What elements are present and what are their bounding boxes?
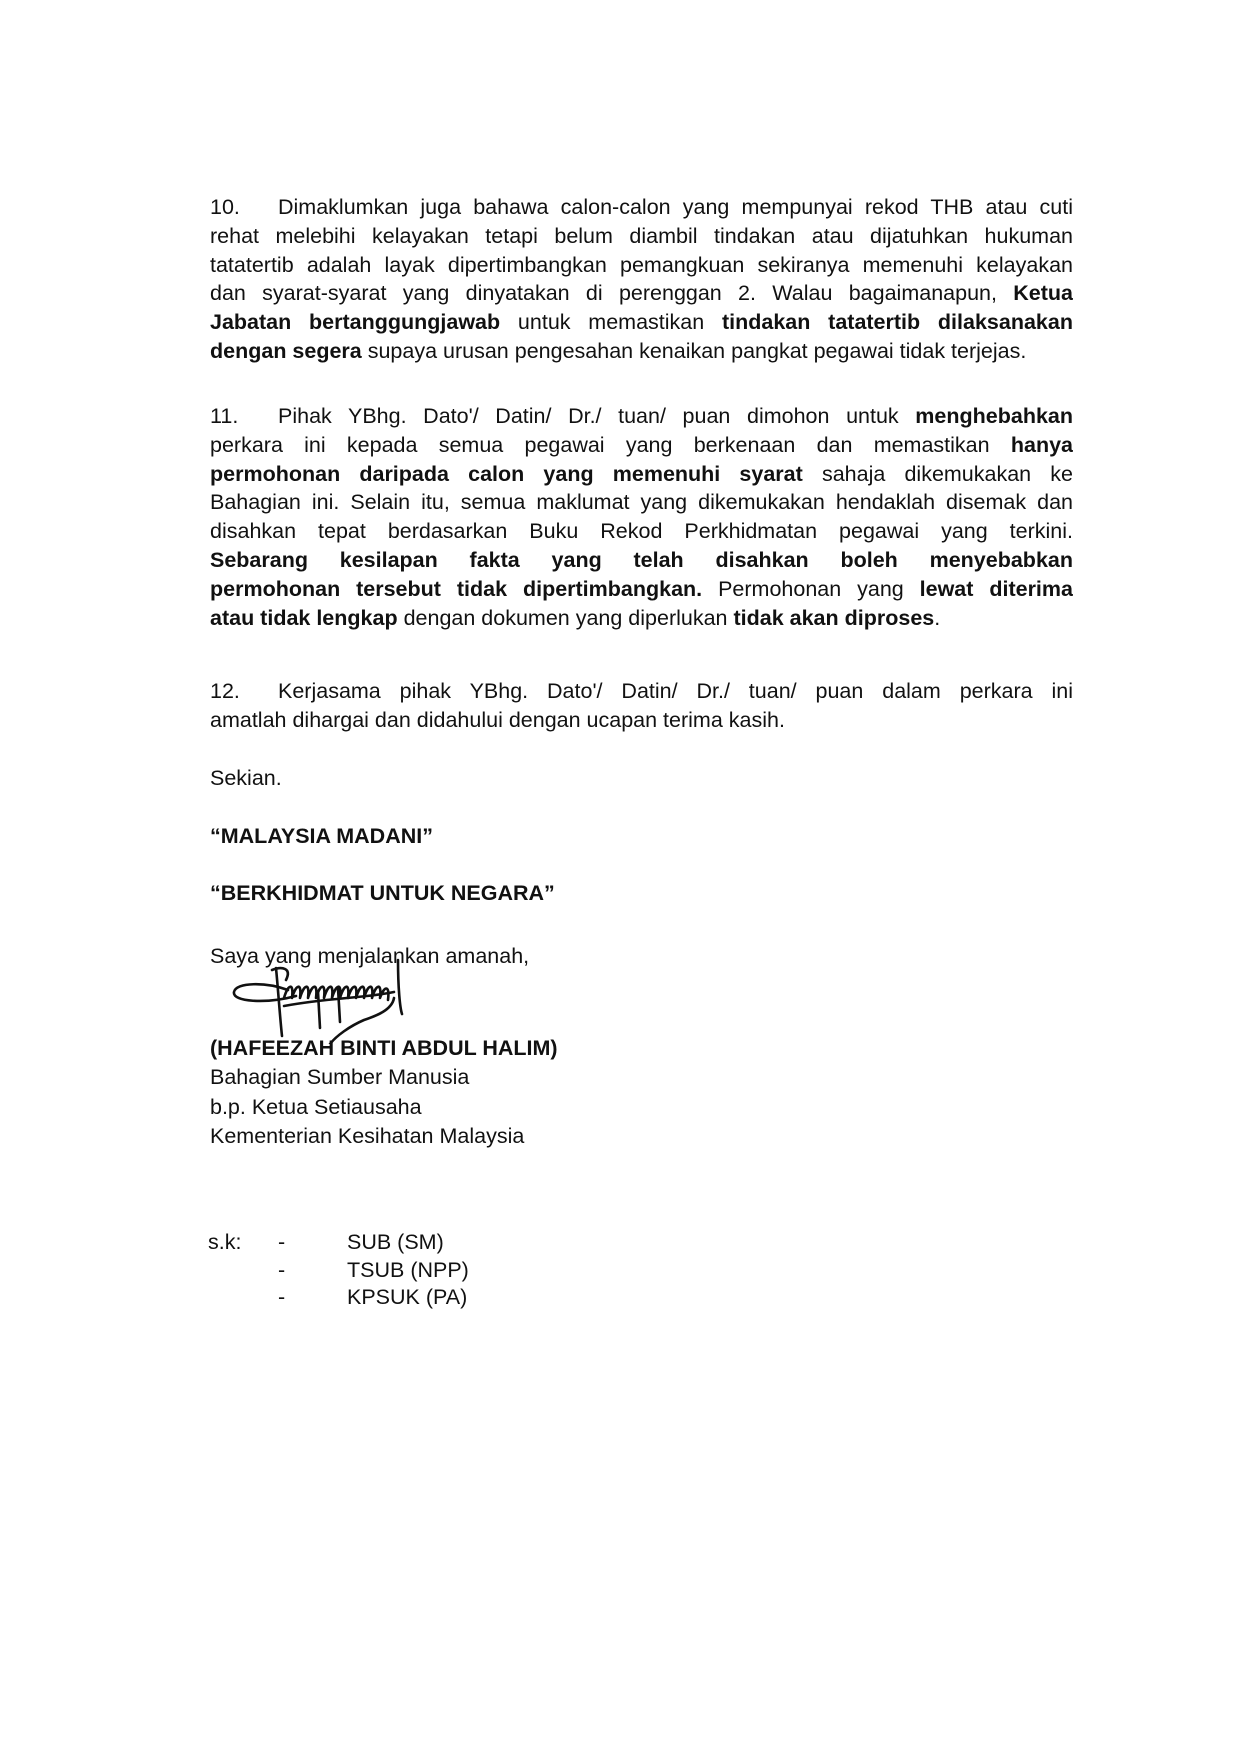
text: untuk memastikan [500, 310, 722, 334]
text: perkara ini kepada semua pegawai yang be… [210, 433, 1011, 457]
paragraph-line: disahkan tepat berdasarkan Buku Rekod Pe… [210, 517, 1073, 546]
paragraph-line: rehat melebihi kelayakan tetapi belum di… [210, 222, 1073, 251]
text: . [934, 606, 940, 630]
paragraph-line: dengan segera supaya urusan pengesahan k… [210, 337, 1073, 366]
paragraph-line: tatatertib adalah layak dipertimbangkan … [210, 251, 1073, 280]
text: Permohonan yang [702, 577, 920, 601]
cc-label: s.k: [208, 1229, 278, 1257]
cc-item: - TSUB (NPP) [208, 1257, 469, 1285]
signatory-on-behalf: b.p. Ketua Setiausaha [210, 1093, 558, 1122]
cc-item: - KPSUK (PA) [208, 1284, 469, 1312]
paragraph-line: permohonan daripada calon yang memenuhi … [210, 460, 1073, 489]
cc-bullet: - [278, 1284, 347, 1312]
paragraph-number: 10. [210, 193, 278, 222]
paragraph-line: permohonan tersebut tidak dipertimbangka… [210, 575, 1073, 604]
text: dengan dokumen yang diperlukan [398, 606, 734, 630]
signatory-ministry: Kementerian Kesihatan Malaysia [210, 1122, 558, 1151]
signatory-name: (HAFEEZAH BINTI ABDUL HALIM) [210, 1034, 558, 1063]
cc-list: s.k: - SUB (SM) - TSUB (NPP) - KPSUK (PA… [208, 1229, 469, 1312]
paragraph-10: 10.Dimaklumkan juga bahawa calon-calon y… [210, 193, 1073, 366]
paragraph-11: 11.Pihak YBhg. Dato'/ Datin/ Dr./ tuan/ … [210, 402, 1073, 632]
paragraph-number: 11. [210, 402, 278, 431]
paragraph-number: 12. [210, 677, 278, 706]
bold-text: dengan segera [210, 339, 362, 363]
text: tatatertib adalah layak dipertimbangkan … [210, 253, 1073, 277]
bold-text: Sebarang kesilapan fakta yang telah disa… [210, 548, 1073, 572]
cc-recipient: KPSUK (PA) [347, 1284, 467, 1312]
bold-text: permohonan daripada calon yang memenuhi … [210, 462, 803, 486]
paragraph-12: 12.Kerjasama pihak YBhg. Dato'/ Datin/ D… [210, 677, 1073, 735]
text: sahaja dikemukakan ke [803, 462, 1073, 486]
text: amatlah dihargai dan didahului dengan uc… [210, 708, 785, 732]
cc-item: s.k: - SUB (SM) [208, 1229, 469, 1257]
letter-page: 10.Dimaklumkan juga bahawa calon-calon y… [0, 0, 1240, 1754]
paragraph-line: atau tidak lengkap dengan dokumen yang d… [210, 604, 1073, 633]
slogan-berkhidmat: “BERKHIDMAT UNTUK NEGARA” [210, 879, 555, 908]
cc-recipient: SUB (SM) [347, 1229, 444, 1257]
paragraph-line: Bahagian ini. Selain itu, semua maklumat… [210, 488, 1073, 517]
bold-text: hanya [1011, 433, 1073, 457]
cc-recipient: TSUB (NPP) [347, 1257, 469, 1285]
closing-text: Sekian. [210, 764, 282, 793]
text: Kerjasama pihak YBhg. Dato'/ Datin/ Dr./… [278, 679, 1073, 703]
text: Pihak YBhg. Dato'/ Datin/ Dr./ tuan/ pua… [278, 404, 915, 428]
paragraph-line: Jabatan bertanggungjawab untuk memastika… [210, 308, 1073, 337]
bold-text: tindakan tatatertib dilaksanakan [722, 310, 1073, 334]
cc-bullet: - [278, 1229, 347, 1257]
bold-text: Jabatan bertanggungjawab [210, 310, 500, 334]
text: dan syarat-syarat yang dinyatakan di per… [210, 281, 1013, 305]
cc-bullet: - [278, 1257, 347, 1285]
bold-text: lewat diterima [920, 577, 1073, 601]
text: supaya urusan pengesahan kenaikan pangka… [362, 339, 1027, 363]
bold-text: permohonan tersebut tidak dipertimbangka… [210, 577, 702, 601]
text: disahkan tepat berdasarkan Buku Rekod Pe… [210, 519, 1073, 543]
signatory-block: (HAFEEZAH BINTI ABDUL HALIM) Bahagian Su… [210, 1034, 558, 1151]
text: Bahagian ini. Selain itu, semua maklumat… [210, 490, 1073, 514]
slogan-malaysia-madani: “MALAYSIA MADANI” [210, 822, 433, 851]
bold-text: tidak akan diproses [733, 606, 934, 630]
bold-text: menghebahkan [915, 404, 1073, 428]
paragraph-line: 10.Dimaklumkan juga bahawa calon-calon y… [210, 193, 1073, 222]
text: rehat melebihi kelayakan tetapi belum di… [210, 224, 1073, 248]
bold-text: atau tidak lengkap [210, 606, 398, 630]
signature-icon [226, 958, 416, 1044]
paragraph-line: perkara ini kepada semua pegawai yang be… [210, 431, 1073, 460]
paragraph-line: Sebarang kesilapan fakta yang telah disa… [210, 546, 1073, 575]
paragraph-line: 11.Pihak YBhg. Dato'/ Datin/ Dr./ tuan/ … [210, 402, 1073, 431]
signatory-division: Bahagian Sumber Manusia [210, 1063, 558, 1092]
paragraph-line: dan syarat-syarat yang dinyatakan di per… [210, 279, 1073, 308]
bold-text: Ketua [1013, 281, 1073, 305]
text: Dimaklumkan juga bahawa calon-calon yang… [278, 195, 1073, 219]
paragraph-line: amatlah dihargai dan didahului dengan uc… [210, 706, 1073, 735]
paragraph-line: 12.Kerjasama pihak YBhg. Dato'/ Datin/ D… [210, 677, 1073, 706]
